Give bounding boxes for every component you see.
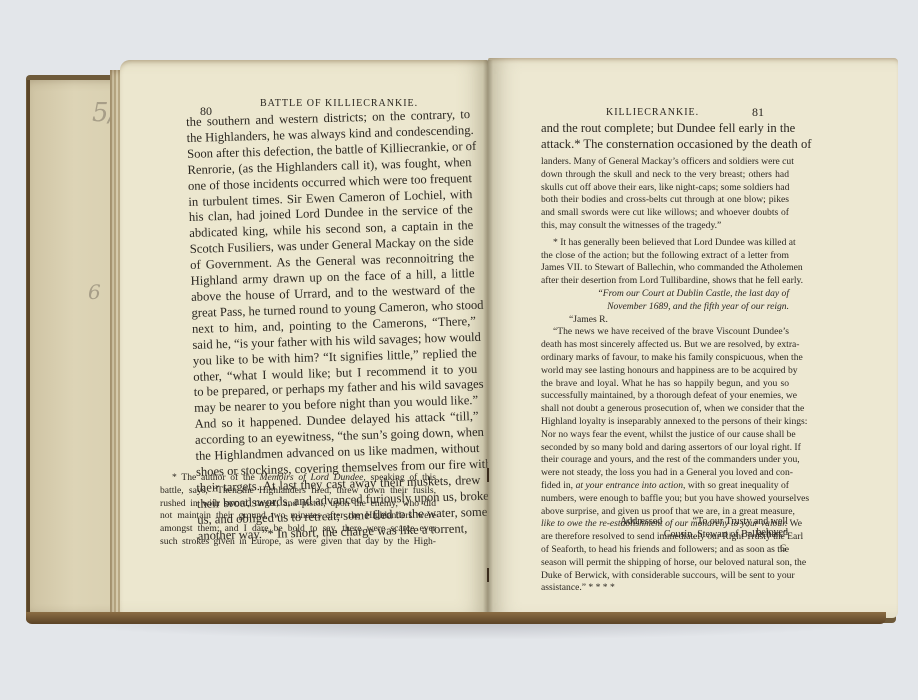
footnote-line: such strokes given in Europe, as were gi… (160, 536, 436, 549)
footnote-line: after their desertion from Lord Tullibar… (541, 275, 789, 288)
dateline: “From our Court at Dublin Castle, the la… (541, 288, 789, 301)
footnote-line: not maintain their ground two minutes af… (160, 510, 436, 523)
footnote-line: battle, says, “Then the Highlanders fire… (160, 485, 436, 498)
binding-stitch (487, 468, 489, 482)
letter-line: season will permit the shipping of horse… (541, 557, 789, 570)
footnote-line: the close of the action; but the followi… (541, 250, 789, 263)
footnote-line: down through the skull and neck to the v… (541, 169, 789, 182)
right-page: KILLIECRANKIE. 81 and the rout complete;… (488, 58, 898, 618)
footnote-line: both their bodies and cross-belts cut th… (541, 194, 789, 207)
footnote-line: * The author of the Memoirs of Lord Dund… (160, 472, 436, 485)
pencil-mark: 6 (88, 280, 101, 304)
footnote-line: and small swords were cut like willows; … (541, 207, 789, 220)
running-head: BATTLE OF KILLIECRANKIE. (260, 98, 418, 109)
footnote-line: James VII. to Stewart of Ballechin, who … (541, 262, 789, 275)
letter-line: numbers, were enough to baffle you; but … (541, 493, 789, 506)
letter-line: Duke of Berwick, with considerable succo… (541, 570, 789, 583)
footnote-line: * It has generally been believed that Lo… (541, 237, 789, 250)
footnote-line: rushed in with sword, target, and pistol… (160, 498, 436, 511)
letter-line: their courage and yours, and the rest of… (541, 454, 789, 467)
body-line: and the rout complete; but Dundee fell e… (541, 121, 787, 137)
address-line: Cousin, Stewart of Ballechan.” (662, 529, 788, 540)
letter-line: shall not doubt a generous prosecution o… (541, 403, 789, 416)
book-title: Memoirs of Lord Dundee (259, 472, 363, 483)
letter-line: world may see lasting honours and happin… (541, 365, 789, 378)
addressed-label: Addressed (620, 516, 662, 527)
letter-line: successfully maintained, by a thorough d… (541, 390, 789, 403)
letter-line: “The news we have received of the brave … (541, 326, 789, 339)
letter-line: fided in, at your entrance into action, … (541, 480, 789, 493)
body-text: and the rout complete; but Dundee fell e… (541, 121, 787, 153)
dateline: November 1689, and the fifth year of our… (541, 301, 789, 314)
left-page: 80 BATTLE OF KILLIECRANKIE. the southern… (120, 60, 488, 615)
book-gutter (483, 60, 493, 620)
footnote-line: landers. Many of General Mackay’s office… (541, 156, 789, 169)
salutation: “James R. (541, 314, 789, 327)
letter-line: were not steady, the loss you had in a G… (541, 467, 789, 480)
footnote: * The author of the Memoirs of Lord Dund… (160, 472, 436, 549)
letter-line: Highland loyalty is inseparably annexed … (541, 416, 789, 429)
page-number: 81 (752, 105, 764, 120)
letter-line: death has most sincerely affected us. Bu… (541, 339, 789, 352)
body-line: attack.* The consternation occasioned by… (541, 137, 787, 153)
letter-line: ordinary marks of favour, to make his fa… (541, 352, 789, 365)
letter-line: assistance.” * * * * (541, 582, 789, 595)
signature-mark: G (780, 543, 787, 553)
letter-line: Nor no ways fear the event, whilst the j… (541, 429, 789, 442)
letter-line: seconded by so many bold and daring asse… (541, 442, 789, 455)
footnote-line: this, may consult the witnesses of the t… (541, 220, 789, 233)
footnote-line: skulls cut off above their ears, like ni… (541, 182, 789, 195)
binding-stitch (487, 568, 489, 582)
bottom-binding-edge (26, 612, 886, 624)
letter-line: the brave and loyal. What he has so happ… (541, 378, 789, 391)
running-head: KILLIECRANKIE. (606, 107, 699, 118)
footnote-line: amongst them; and I dare be bold to say,… (160, 523, 436, 536)
letter-line: of Seaforth, to head his friends and fol… (541, 544, 789, 557)
